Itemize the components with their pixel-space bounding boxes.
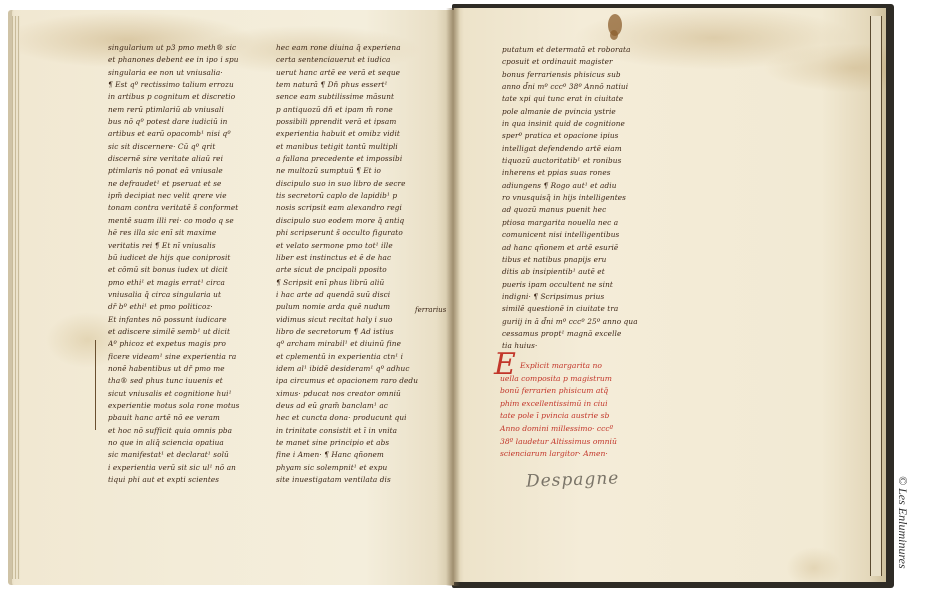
text-line: p antiquozū dn̄ et ipam m̄ rone (276, 104, 421, 116)
text-line: discipulo suo eodem more q̄ antiq (276, 215, 421, 227)
colophon-line: bonū ferrarien phisicum atq̄ (500, 385, 680, 398)
text-line: pmo ethi¹ et magis errat¹ circa (108, 277, 258, 289)
text-line: et velato sermone pmo tot¹ ille (276, 240, 421, 252)
text-line: pulum nomie arda quē nudum (276, 301, 421, 313)
text-line: in trinitate consistit et ī in vnita (276, 425, 421, 437)
text-line: singularium ut p3 pmo meth® sic (108, 42, 258, 54)
text-line: qº archam mirabil¹ et diuinū fine (276, 338, 421, 350)
colophon-line: Anno domini millessimo· cccº (500, 423, 680, 436)
text-line: uerut hanc artē ee verā et seque (276, 67, 421, 79)
text-line: idem al¹ ibidē desideram¹ qº adhuc (276, 363, 421, 375)
text-line: tiquozū auctoritatib¹ et ronibus (502, 155, 672, 167)
text-line: dr̄ bº ethi¹ et pmo politicoz· (108, 301, 258, 313)
text-line: bū iudicet de hijs que coniprosit (108, 252, 258, 264)
colophon-line: scienciarum largitor· Amen· (500, 448, 680, 461)
text-line-rubricated: ¶ Est qº rectissimo talium errozu (108, 79, 258, 91)
text-line: ¶ Scripsit enī phus librū aliū (276, 277, 421, 289)
text-line: sperº pratica et opacione ipius (502, 130, 672, 142)
text-line: te manet sine principio et abs (276, 437, 421, 449)
text-line: et manibus tetigit tantū multipli (276, 141, 421, 153)
decorated-initial: E (494, 350, 516, 380)
text-line: pole almanie de pvincia ystrie (502, 106, 672, 118)
text-line: nonē habentibus ut dr̄ pmo me (108, 363, 258, 375)
text-line: tate xpi qui tunc erat in ciuitate (502, 93, 672, 105)
text-line: ximus· pducat nos creator omniū (276, 388, 421, 400)
colophon-line: phim excellentissimū in ciui (500, 398, 680, 411)
text-line: artibus et earū opacomb¹ nisi qº (108, 128, 258, 140)
text-line: arte sicut de pncipali pposito (276, 264, 421, 276)
text-line: ipm̄ decipiat nec velit qrere vie (108, 190, 258, 202)
text-column-right: putatum et determatā et roborata cposui… (502, 44, 672, 353)
text-line: inherens et ppias suas rones (502, 167, 672, 179)
text-line: cposuit et ordinauit magister (502, 56, 672, 68)
text-line: ditis ab insipientib¹ autē et (502, 266, 672, 278)
text-line: ad quozū manus puenit hec (502, 204, 672, 216)
text-line: pbauit hanc artē nō ee veram (108, 412, 258, 424)
colophon-line: 38º laudetur Altissimus omniū (500, 436, 680, 449)
text-line: vniusalia q̄ circa singularia ut (108, 289, 258, 301)
text-line: putatum et determatā et roborata (502, 44, 672, 56)
text-line: ro vnusquisq̄ in hijs intelligentes (502, 192, 672, 204)
text-line: site inuestigatam ventilata dis (276, 474, 421, 486)
colophon: E Explicit margarita no uella composita … (500, 360, 680, 461)
text-line: tem naturā ¶ Dn̄ phus essert¹ (276, 79, 421, 91)
text-line: Aº phicoz et expetus magis pro (108, 338, 258, 350)
text-line: tia huius· (502, 340, 672, 352)
text-line: singularia ee non ut vniusalia· (108, 67, 258, 79)
text-line: indigni· ¶ Scripsimus prius (502, 291, 672, 303)
text-line: certa sentenciauerut et iudica (276, 54, 421, 66)
book-gutter (446, 8, 460, 586)
text-line: ad hanc qñonem et artē esuriē (502, 242, 672, 254)
text-line: no que in aliq̄ sciencia opatiua (108, 437, 258, 449)
text-line: phi scripserunt s̄ occulto figurato (276, 227, 421, 239)
marginal-note: ferrarius (415, 306, 446, 314)
text-line: tha® sed phus tunc iuuenis et (108, 375, 258, 387)
text-line: et adiscere similē semb¹ ut dicit (108, 326, 258, 338)
text-line: tibus et natibus pnapijs eru (502, 254, 672, 266)
text-line: vidimus sicut recitat haly i suo (276, 314, 421, 326)
text-line: sicut vniusalis et cognitione hui¹ (108, 388, 258, 400)
margin-bracket-mark (95, 340, 97, 430)
text-line: possibili pprendit verā et ipsam (276, 116, 421, 128)
text-line: ne multozū sumptuū ¶ Et io (276, 165, 421, 177)
text-line: bus nō qº potest dare iudiciū in (108, 116, 258, 128)
text-line: pueris ipam occultent ne sint (502, 279, 672, 291)
text-column-left-1: singularium ut p3 pmo meth® sic et phano… (108, 42, 258, 486)
text-line: cessamus propt¹ magnā excelle (502, 328, 672, 340)
text-line: libro de secretorum ¶ Ad istius (276, 326, 421, 338)
text-line: sic sit discernere· Cū qº qrit (108, 141, 258, 153)
text-line: phyam sic solempnit¹ et expu (276, 462, 421, 474)
text-line: tiqui phi aut et expti scientes (108, 474, 258, 486)
text-line: discernē sire veritate aliaū rei (108, 153, 258, 165)
ink-stain (610, 30, 618, 40)
text-line: Et infantes nō possunt iudicare (108, 314, 258, 326)
open-manuscript: singularium ut p3 pmo meth® sic et phano… (0, 0, 932, 600)
text-column-left-2: hec eam rone diuina q̄ experiena certa s… (276, 42, 421, 486)
text-line: i hac arte ad quendā suū disci (276, 289, 421, 301)
text-line: comunicent nisi intelligentibus (502, 229, 672, 241)
text-line: ne defraudet¹ et pseruat et se (108, 178, 258, 190)
text-line: guriij in ā d̄ni mº cccº 25º anno qua (502, 316, 672, 328)
text-line: et phanones debent ee in ipo i spu (108, 54, 258, 66)
text-line: hē res illa sic enī sit maxime (108, 227, 258, 239)
text-line: sic manifestat¹ et declarat¹ solū (108, 449, 258, 461)
text-line: discipulo suo in suo libro de secre (276, 178, 421, 190)
text-line: in artibus p cognitum et discretio (108, 91, 258, 103)
colophon-line: tate pole ī pvincia austrie sb (500, 410, 680, 423)
ink-spot (872, 222, 878, 229)
text-line: liber est instinctus et ē de hac (276, 252, 421, 264)
text-line: nosis scripsit eam alexandro regi (276, 202, 421, 214)
text-line: adiungens ¶ Rogo aut¹ et adiu (502, 180, 672, 192)
owner-signature: Despagne (526, 468, 620, 491)
text-line: bonus ferrariensis phisicus sub (502, 69, 672, 81)
text-line: i experientia verū sit sic ul¹ nō an (108, 462, 258, 474)
text-line: ipa circumus et opacionem raro dedu (276, 375, 421, 387)
text-line: fine i Amen· ¶ Hanc qñonem (276, 449, 421, 461)
ink-spot (872, 252, 878, 259)
text-line: in qua insinit quid de cognitione (502, 118, 672, 130)
text-line: intelligat defendendo artē eiam (502, 143, 672, 155)
text-line: hec et cuncta dona· producunt qui (276, 412, 421, 424)
text-line: et hoc nō sufficit quia omnis pba (108, 425, 258, 437)
text-line: hec eam rone diuina q̄ experiena (276, 42, 421, 54)
colophon-line: Explicit margarita no (500, 360, 680, 373)
text-line: a fallana precedente et impossibi (276, 153, 421, 165)
text-line: veritatis rei ¶ Et nī vniusalis (108, 240, 258, 252)
copyright-credit: © Les Enluminures (895, 476, 910, 569)
text-line: experientie motus sola rone motus (108, 400, 258, 412)
text-line: experientia habuit et omibz vidit (276, 128, 421, 140)
text-line: deus ad eū gram̄ banclam¹ ac (276, 400, 421, 412)
text-line: ptiosa margarita nouella nec a (502, 217, 672, 229)
text-line: ficere videam¹ sine experientia ra (108, 351, 258, 363)
text-line: ptimlaris nō ponat eā vniusale (108, 165, 258, 177)
text-line: nem rerū ptimlariū ab vniusali (108, 104, 258, 116)
colophon-line: uella composita p magistrum (500, 373, 680, 386)
text-line: similē questionē in ciuitate tra (502, 303, 672, 315)
text-line: et cōmū sit bonus iudex ut dicit (108, 264, 258, 276)
text-line: anno d̄ni mº cccº 38º Annō natiui (502, 81, 672, 93)
text-line: tis secretorū caplo de lapidib¹ p (276, 190, 421, 202)
text-line: mentē suam illi rei· co modo q se (108, 215, 258, 227)
text-line: sence eam subtilissime māsunt (276, 91, 421, 103)
text-line: et cplementū in experientia ctn¹ i (276, 351, 421, 363)
text-line: tonam contra veritatē s̄ conformet (108, 202, 258, 214)
